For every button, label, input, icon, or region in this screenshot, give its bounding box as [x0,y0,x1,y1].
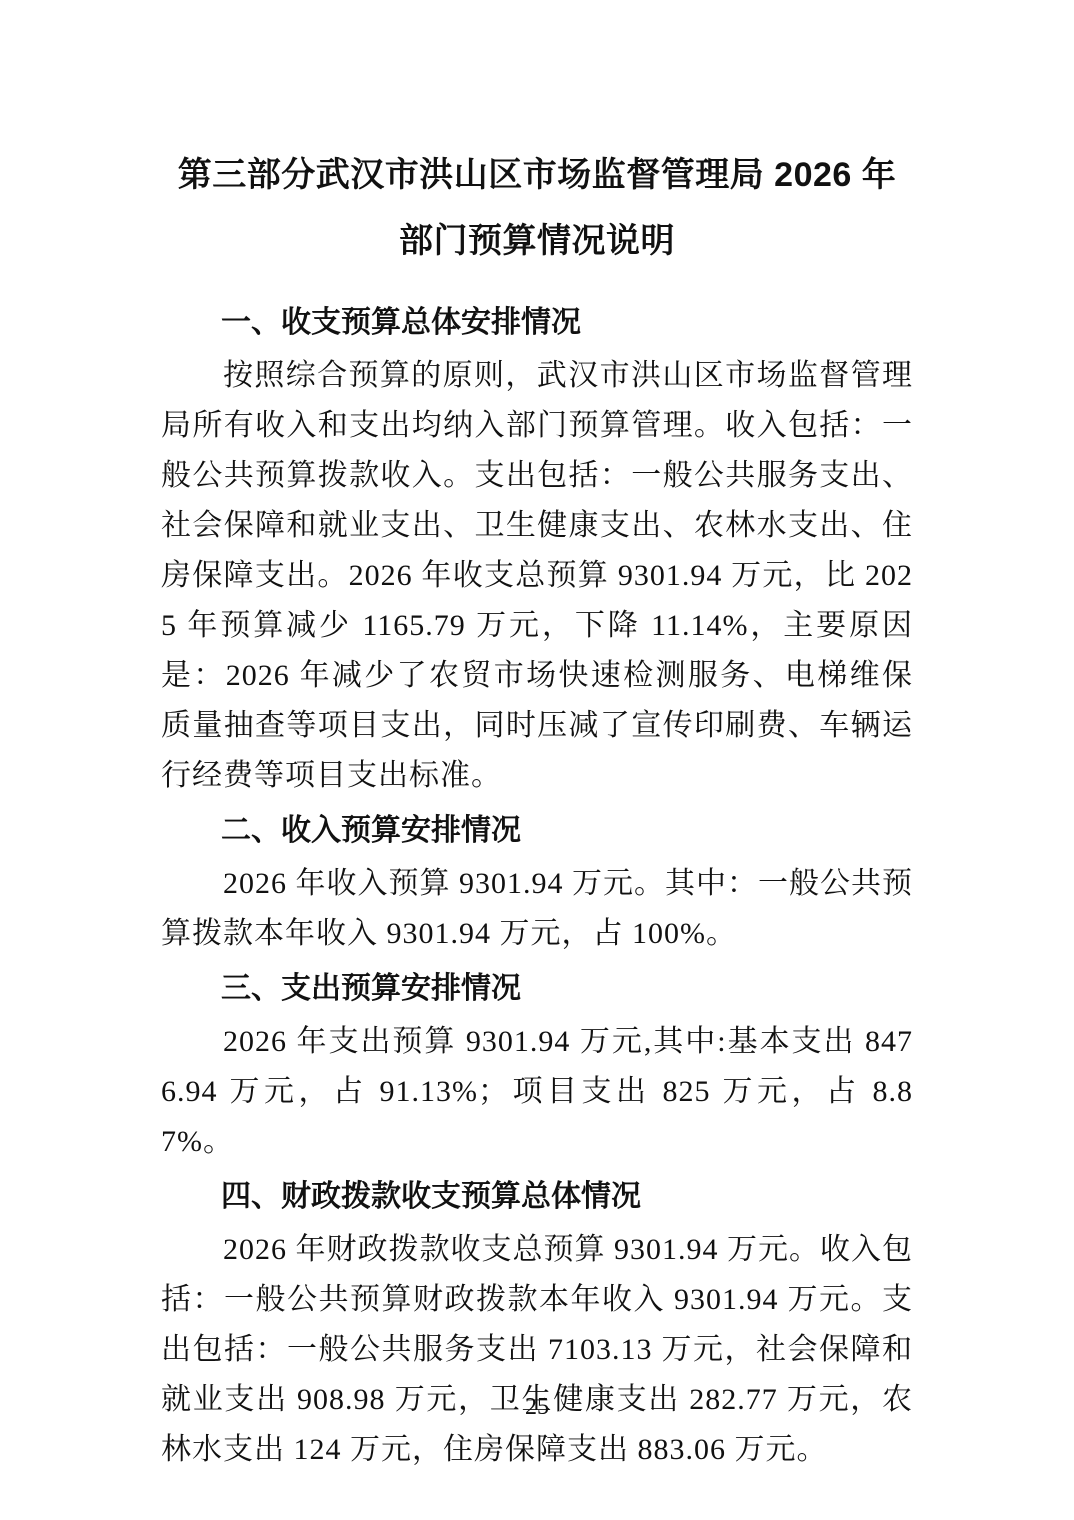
document-page: 第三部分武汉市洪山区市场监督管理局 2026 年部门预算情况说明 一、收支预算总… [0,0,1074,1520]
section-expenditure-budget: 三、支出预算安排情况 2026 年支出预算 9301.94 万元,其中:基本支出… [161,964,913,1167]
document-title: 第三部分武汉市洪山区市场监督管理局 2026 年部门预算情况说明 [161,142,913,274]
page-number: 25 [0,1392,1074,1422]
document-content: 第三部分武汉市洪山区市场监督管理局 2026 年部门预算情况说明 一、收支预算总… [161,142,913,1475]
section-heading-2: 二、收入预算安排情况 [161,806,913,856]
section-fiscal-appropriation: 四、财政拨款收支预算总体情况 2026 年财政拨款收支总预算 9301.94 万… [161,1172,913,1475]
section-paragraph-1: 按照综合预算的原则，武汉市洪山区市场监督管理局所有收入和支出均纳入部门预算管理。… [161,351,913,801]
section-paragraph-4: 2026 年财政拨款收支总预算 9301.94 万元。收入包括：一般公共预算财政… [161,1225,913,1475]
section-heading-4: 四、财政拨款收支预算总体情况 [161,1172,913,1222]
section-paragraph-2: 2026 年收入预算 9301.94 万元。其中：一般公共预算拨款本年收入 93… [161,859,913,959]
section-heading-1: 一、收支预算总体安排情况 [161,298,913,348]
section-heading-3: 三、支出预算安排情况 [161,964,913,1014]
section-paragraph-3: 2026 年支出预算 9301.94 万元,其中:基本支出 8476.94 万元… [161,1017,913,1167]
section-revenue-budget: 二、收入预算安排情况 2026 年收入预算 9301.94 万元。其中：一般公共… [161,806,913,959]
section-budget-overview: 一、收支预算总体安排情况 按照综合预算的原则，武汉市洪山区市场监督管理局所有收入… [161,298,913,801]
